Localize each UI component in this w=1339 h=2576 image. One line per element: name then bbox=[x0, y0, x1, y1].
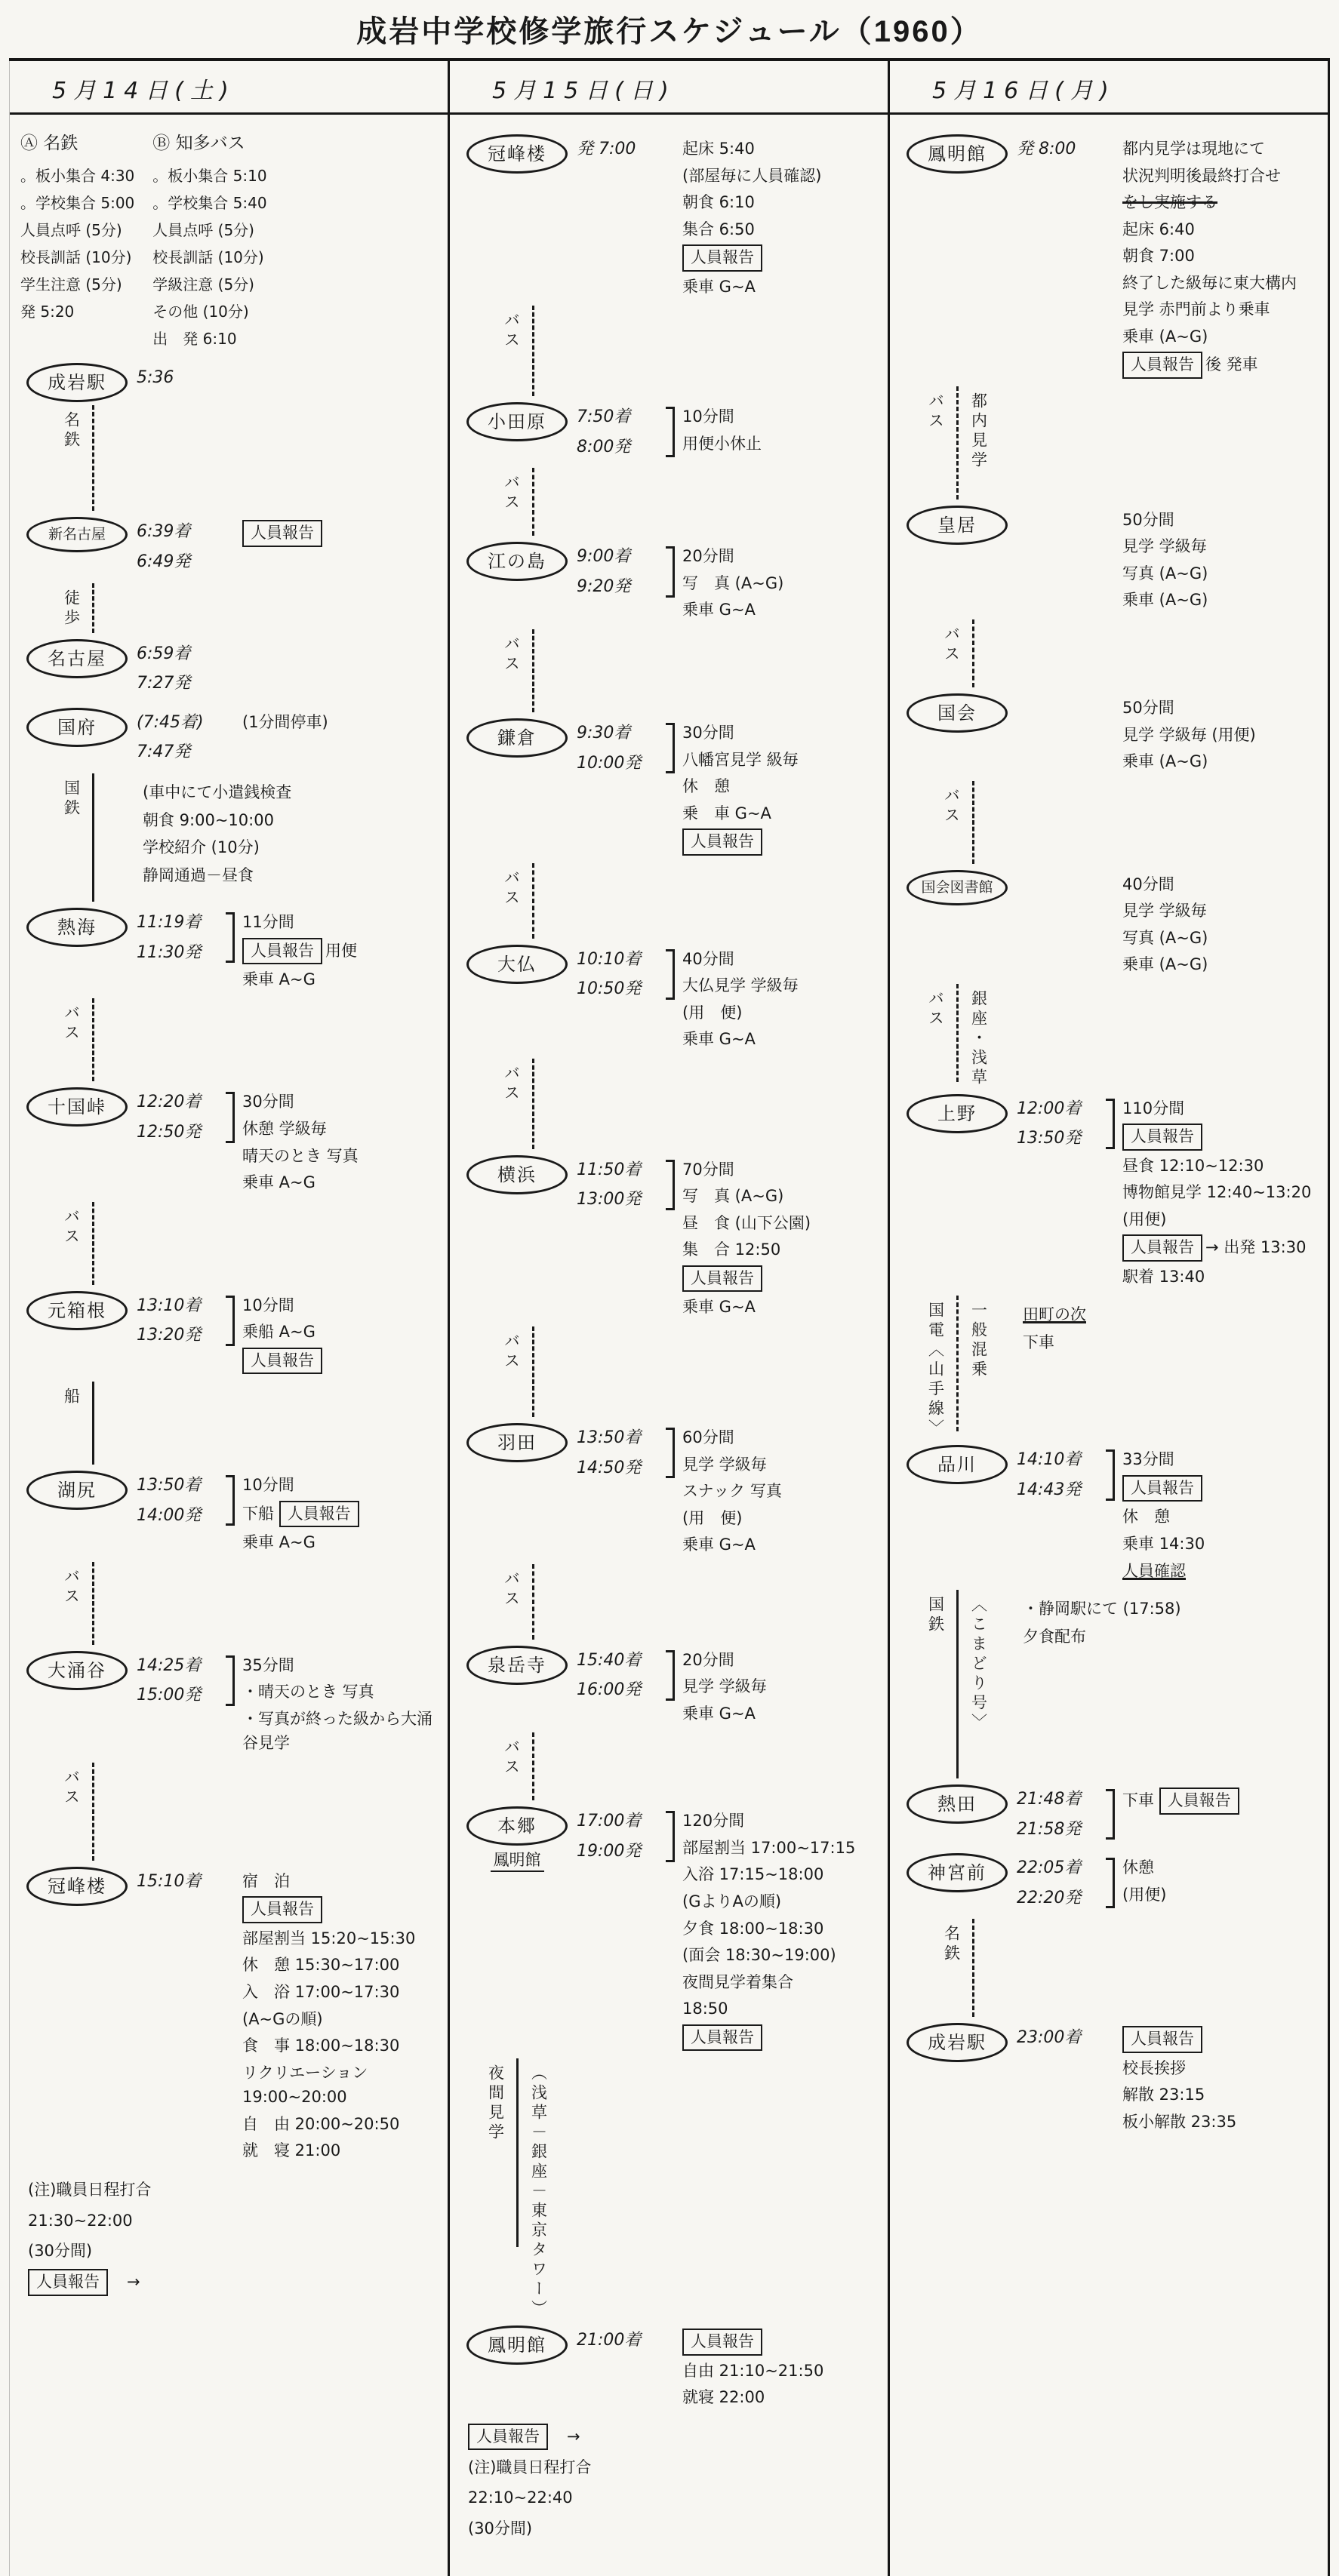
transport-label: バス bbox=[500, 863, 523, 939]
note-segment: 学校紹介 (10分) bbox=[143, 838, 260, 856]
note-line: 18:50 bbox=[682, 1997, 882, 2021]
station-row: 熱田21:48着21:58発下車 人員報告 bbox=[897, 1781, 1323, 1847]
note-line: 40分間 bbox=[1122, 872, 1322, 897]
transport-line bbox=[972, 1919, 974, 2017]
transport-notes bbox=[1017, 1919, 1323, 1923]
time-value: 8:00発 bbox=[577, 432, 664, 463]
transport-notes bbox=[1017, 781, 1323, 785]
note-line: (A~Gの順) bbox=[242, 2007, 442, 2032]
note-segment: 自 由 20:00~20:50 bbox=[242, 2115, 399, 2133]
note-line: 下船 人員報告 bbox=[242, 1500, 442, 1528]
note-segment: 就寝 22:00 bbox=[682, 2388, 765, 2406]
note-segment: 60分間 bbox=[682, 1428, 734, 1446]
transport-rail: バス bbox=[457, 1732, 577, 1800]
personnel-report-box: 人員報告 bbox=[468, 2424, 548, 2450]
note-segment: 人員確認 bbox=[1122, 1562, 1186, 1580]
notes-cell: 60分間見学 学級毎スナック 写真(用 便)乗車 G~A bbox=[676, 1420, 883, 1561]
note-line: 人員報告 bbox=[682, 2328, 882, 2356]
time-value: 13:50着 bbox=[577, 1423, 664, 1453]
note-line: 学校紹介 (10分) bbox=[143, 835, 443, 861]
transport-rail: バス bbox=[17, 998, 137, 1081]
note-segment: 博物館見学 12:40~13:20 bbox=[1122, 1183, 1311, 1201]
transport-notes bbox=[577, 1732, 883, 1737]
transport-segment: バス bbox=[897, 619, 1323, 687]
transport-segment: バス bbox=[17, 1763, 443, 1861]
note-line: 20分間 bbox=[682, 544, 882, 569]
station-ellipse: 名古屋 bbox=[26, 639, 128, 678]
note-segment: 休 憩 15:30~17:00 bbox=[242, 1956, 399, 1974]
station-row: 熱海11:19着11:30発11分間人員報告用便乗車 A~G bbox=[17, 905, 443, 996]
transport-line bbox=[956, 1296, 959, 1431]
note-line: 乗車 A~G bbox=[242, 967, 442, 992]
times-cell bbox=[1017, 867, 1116, 873]
note-line: 用便小休止 bbox=[682, 432, 882, 456]
note-line: 人員報告 bbox=[682, 1265, 882, 1293]
note-line: (用便) bbox=[1122, 1207, 1322, 1232]
time-value: 19:00発 bbox=[577, 1837, 664, 1867]
note-segment: 八幡宮見学 級毎 bbox=[682, 751, 799, 769]
station-cell: 江の島 bbox=[457, 539, 577, 581]
station-row: 名古屋6:59着7:27発 bbox=[17, 636, 443, 702]
transport-line bbox=[532, 306, 534, 396]
note-segment: 40分間 bbox=[1122, 875, 1174, 893]
note-segment: 田町の次 bbox=[1023, 1305, 1086, 1323]
note-line: (30分間) bbox=[28, 2237, 443, 2266]
transport-line bbox=[92, 583, 94, 633]
station-row: 冠峰楼発 7:00起床 5:40(部屋毎に人員確認)朝食 6:10集合 6:50… bbox=[457, 131, 883, 303]
transport-line bbox=[92, 405, 94, 511]
note-line: 写 真 (A~G) bbox=[682, 1184, 882, 1209]
note-line: 人員報告 bbox=[1122, 1474, 1322, 1502]
transport-notes bbox=[577, 2058, 883, 2063]
transport-segment: バス bbox=[457, 1326, 883, 1417]
note-segment: 見学 学級毎 bbox=[1122, 902, 1207, 920]
note-segment: 乗車 (A~G) bbox=[1122, 955, 1208, 973]
note-line: 晴天のとき 写真 bbox=[242, 1144, 442, 1169]
note-line: 下車 bbox=[1023, 1330, 1323, 1356]
note-segment: 集 合 12:50 bbox=[682, 1240, 780, 1259]
note-line: 50分間 bbox=[1122, 696, 1322, 721]
notes-cell: 50分間見学 学級毎 (用便)乗車 (A~G) bbox=[1116, 690, 1323, 778]
station-cell: 本郷鳳明館 bbox=[457, 1803, 577, 1872]
time-value: 6:59着 bbox=[137, 639, 224, 669]
transport-segment: バス bbox=[457, 468, 883, 536]
note-segment: 夜間見学着集合 bbox=[682, 1973, 793, 1991]
time-value: 21:00着 bbox=[577, 2325, 664, 2356]
station-ellipse: 元箱根 bbox=[26, 1291, 128, 1330]
note-line: 人員報告 bbox=[682, 2024, 882, 2052]
time-value: 14:00発 bbox=[137, 1501, 224, 1531]
note-line: 40分間 bbox=[682, 947, 882, 972]
transport-line bbox=[956, 984, 959, 1082]
times-cell: 22:05着22:20発 bbox=[1017, 1850, 1116, 1916]
station-ellipse: 羽田 bbox=[466, 1423, 568, 1462]
note-segment: 50分間 bbox=[1122, 511, 1174, 529]
transport-rail: 国鉄〈こまどり号〉 bbox=[897, 1590, 1017, 1778]
time-value: 11:50着 bbox=[577, 1155, 664, 1185]
times-cell: 14:10着14:43発 bbox=[1017, 1442, 1116, 1508]
times-cell: 11:50着13:00発 bbox=[577, 1152, 676, 1218]
time-value: 10:50発 bbox=[577, 974, 664, 1004]
station-ellipse: 十国峠 bbox=[26, 1087, 128, 1127]
transport-label: バス bbox=[925, 984, 947, 1088]
transport-notes bbox=[577, 629, 883, 634]
note-line: 60分間 bbox=[682, 1425, 882, 1450]
transport-label: バス bbox=[60, 1202, 83, 1285]
transport-label: バス bbox=[60, 1763, 83, 1861]
note-segment: 20分間 bbox=[682, 1651, 734, 1669]
station-row: 鎌倉9:30着10:00発30分間八幡宮見学 級毎休 憩乗 車 G~A人員報告 bbox=[457, 715, 883, 860]
transport-line bbox=[532, 1564, 534, 1640]
transport-label: 国鉄 bbox=[925, 1590, 947, 1778]
note-line: 見学 学級毎 bbox=[682, 1674, 882, 1699]
note-segment: 30分間 bbox=[242, 1093, 294, 1111]
note-segment: → 出発 13:30 bbox=[1205, 1238, 1306, 1256]
transport-line bbox=[92, 1202, 94, 1285]
personnel-report-box: 人員報告 bbox=[242, 938, 322, 964]
note-line: 宿 泊 bbox=[242, 1869, 442, 1894]
station-cell: 冠峰楼 bbox=[17, 1864, 137, 1906]
transport-rail: バス bbox=[457, 306, 577, 396]
note-line: 乗車 (A~G) bbox=[1122, 324, 1322, 349]
station-ellipse: 鎌倉 bbox=[466, 718, 568, 758]
note-segment: 21:30~22:00 bbox=[28, 2212, 133, 2230]
note-line: (面会 18:30~19:00) bbox=[682, 1943, 882, 1968]
note-segment: (用 便) bbox=[682, 1004, 742, 1022]
note-line: 人員報告 bbox=[242, 1895, 442, 1923]
station-cell: 冠峰楼 bbox=[457, 131, 577, 174]
note-segment: 50分間 bbox=[1122, 699, 1174, 717]
station-row: 羽田13:50着14:50発60分間見学 学級毎スナック 写真(用 便)乗車 G… bbox=[457, 1420, 883, 1561]
note-segment: 乗車 G~A bbox=[682, 278, 756, 296]
time-value: 12:00着 bbox=[1017, 1094, 1104, 1124]
transport-segment: バス bbox=[457, 306, 883, 396]
page-title: 成岩中学校修学旅行スケジュール（1960） bbox=[0, 0, 1339, 55]
transport-line bbox=[92, 1763, 94, 1861]
station-ellipse: 鳳明館 bbox=[466, 2325, 568, 2365]
note-segment: (面会 18:30~19:00) bbox=[682, 1946, 836, 1964]
note-line: (用 便) bbox=[682, 1001, 882, 1025]
note-line: ・写真が終った級から大涌谷見学 bbox=[242, 1707, 442, 1756]
note-line: (1分間停車) bbox=[242, 710, 442, 735]
note-segment: 朝食 9:00~10:00 bbox=[143, 811, 274, 829]
transport-label: 名鉄 bbox=[940, 1919, 963, 2017]
time-value: 21:58発 bbox=[1017, 1815, 1104, 1845]
time-value: 10:00発 bbox=[577, 749, 664, 779]
transport-line bbox=[532, 1059, 534, 1149]
transport-rail: バス bbox=[457, 629, 577, 712]
note-segment: 乗車 14:30 bbox=[1122, 1535, 1205, 1553]
transport-segment: バス bbox=[17, 1202, 443, 1285]
note-segment: 見学 学級毎 bbox=[682, 1677, 767, 1695]
note-segment: 朝食 6:10 bbox=[682, 193, 755, 211]
time-value: 15:10着 bbox=[137, 1867, 224, 1897]
times-cell: 6:59着7:27発 bbox=[137, 636, 236, 702]
transport-line bbox=[972, 781, 974, 864]
station-row: 国会50分間見学 学級毎 (用便)乗車 (A~G) bbox=[897, 690, 1323, 778]
transport-line bbox=[956, 1590, 959, 1778]
note-segment: 後 発車 bbox=[1205, 355, 1258, 373]
note-segment: 33分間 bbox=[1122, 1450, 1174, 1468]
day-column: 5月15日(日)冠峰楼発 7:00起床 5:40(部屋毎に人員確認)朝食 6:1… bbox=[450, 61, 890, 2576]
note-line: 人員報告 bbox=[682, 828, 882, 856]
station-ellipse: 神宮前 bbox=[907, 1853, 1008, 1892]
time-value: 17:00着 bbox=[577, 1806, 664, 1837]
note-segment: (部屋毎に人員確認) bbox=[682, 167, 821, 185]
note-segment: 乗 車 G~A bbox=[682, 804, 771, 822]
note-line: (注)職員日程打合 bbox=[28, 2176, 443, 2205]
times-cell: (7:45着)7:47発 bbox=[137, 705, 236, 770]
transport-segment: バス bbox=[457, 1564, 883, 1640]
station-cell: 熱海 bbox=[17, 905, 137, 947]
times-cell: 発 8:00 bbox=[1017, 131, 1116, 168]
note-segment: 35分間 bbox=[242, 1656, 294, 1674]
transport-sub-label: 一般混乗 bbox=[968, 1296, 990, 1439]
note-segment: 昼食 12:10~12:30 bbox=[1122, 1157, 1264, 1175]
times-cell: 13:50着14:50発 bbox=[577, 1420, 676, 1486]
departure-plan-line: 。学校集合 5:40 bbox=[152, 189, 266, 217]
note-segment: 起床 5:40 bbox=[682, 140, 755, 158]
station-ellipse: 冠峰楼 bbox=[466, 134, 568, 174]
transport-notes bbox=[137, 583, 443, 588]
transport-rail: バス bbox=[17, 1562, 137, 1645]
transport-rail: 船 bbox=[17, 1382, 137, 1465]
transport-label: バス bbox=[925, 386, 947, 500]
note-line: 集 合 12:50 bbox=[682, 1237, 882, 1262]
transport-notes bbox=[577, 863, 883, 868]
transport-notes bbox=[137, 1382, 443, 1386]
notes-cell: 20分間写 真 (A~G)乗車 G~A bbox=[676, 539, 883, 626]
times-cell: 13:10着13:20発 bbox=[137, 1288, 236, 1354]
times-cell: 9:30着10:00発 bbox=[577, 715, 676, 781]
note-line: 乗車 G~A bbox=[682, 275, 882, 300]
departure-plan-line: 校長訓話 (10分) bbox=[152, 244, 266, 271]
note-segment: 駅着 13:40 bbox=[1122, 1268, 1205, 1286]
note-line: 見学 赤門前より乗車 bbox=[1122, 297, 1322, 322]
transport-line bbox=[92, 773, 94, 902]
transport-label: 夜間見学 bbox=[485, 2058, 507, 2319]
notes-cell: 宿 泊人員報告部屋割当 15:20~15:30休 憩 15:30~17:00入 … bbox=[236, 1864, 443, 2167]
note-segment: → bbox=[551, 2427, 580, 2445]
transport-segment: バス bbox=[17, 998, 443, 1081]
day-body: 冠峰楼発 7:00起床 5:40(部屋毎に人員確認)朝食 6:10集合 6:50… bbox=[450, 115, 888, 2544]
station-ellipse: 冠峰楼 bbox=[26, 1867, 128, 1906]
transport-sub-label: 銀座・浅草 bbox=[968, 984, 990, 1088]
transport-line bbox=[532, 1326, 534, 1417]
transport-line bbox=[92, 1382, 94, 1465]
note-segment: をし実施する bbox=[1122, 193, 1217, 211]
transport-rail: バス銀座・浅草 bbox=[897, 984, 1017, 1088]
notes-cell: 10分間用便小休止 bbox=[676, 399, 883, 460]
station-ellipse: 江の島 bbox=[466, 542, 568, 581]
note-line: 大仏見学 学級毎 bbox=[682, 973, 882, 998]
transport-label: 徒歩 bbox=[60, 583, 83, 633]
note-line: 休 憩 15:30~17:00 bbox=[242, 1953, 442, 1978]
transport-notes bbox=[577, 306, 883, 310]
note-line: 21:30~22:00 bbox=[28, 2207, 443, 2236]
note-segment: (車中にて小遣銭検査 bbox=[143, 783, 291, 801]
station-ellipse: 湖尻 bbox=[26, 1471, 128, 1510]
station-row: 国府(7:45着)7:47発(1分間停車) bbox=[17, 705, 443, 770]
transport-line bbox=[956, 386, 959, 500]
notes-cell: 40分間見学 学級毎写真 (A~G)乗車 (A~G) bbox=[1116, 867, 1323, 981]
note-line: 写 真 (A~G) bbox=[682, 571, 882, 596]
times-cell: 9:00着9:20発 bbox=[577, 539, 676, 604]
personnel-report-box: 人員報告 bbox=[682, 828, 762, 855]
transport-segment: 国電〈山手線〉一般混乗田町の次下車 bbox=[897, 1296, 1323, 1439]
departure-plan-right: Ⓑ 知多バス。板小集合 5:10。学校集合 5:40人員点呼 (5分)校長訓話 … bbox=[152, 128, 266, 352]
station-cell: 上野 bbox=[897, 1091, 1017, 1133]
station-cell: 十国峠 bbox=[17, 1084, 137, 1127]
transport-label: 国電〈山手線〉 bbox=[925, 1296, 947, 1439]
note-line: (用 便) bbox=[682, 1506, 882, 1531]
transport-segment: バス都内見学 bbox=[897, 386, 1323, 500]
note-line: 起床 5:40 bbox=[682, 137, 882, 161]
personnel-report-box: 人員報告 bbox=[682, 244, 762, 271]
transport-rail: バス bbox=[17, 1202, 137, 1285]
note-line: 乗車 G~A bbox=[682, 1532, 882, 1557]
note-segment: 校長挨拶 bbox=[1122, 2059, 1186, 2077]
note-line: 22:10~22:40 bbox=[468, 2484, 883, 2513]
note-segment: ・写真が終った級から大涌谷見学 bbox=[242, 1710, 432, 1753]
note-segment: 入浴 17:15~18:00 bbox=[682, 1865, 823, 1883]
note-segment: (注)職員日程打合 bbox=[468, 2458, 591, 2476]
note-segment: 部屋割当 15:20~15:30 bbox=[242, 1929, 415, 1947]
station-cell: 皇居 bbox=[897, 503, 1017, 545]
note-line: 集合 6:50 bbox=[682, 217, 882, 242]
note-line: 乗車 G~A bbox=[682, 1295, 882, 1320]
transport-rail: バス bbox=[17, 1763, 137, 1861]
time-value: 21:48着 bbox=[1017, 1784, 1104, 1815]
time-value: 15:00発 bbox=[137, 1680, 224, 1711]
note-line: 部屋割当 17:00~17:15 bbox=[682, 1836, 882, 1861]
time-value: 6:49発 bbox=[137, 547, 224, 577]
transport-label: バス bbox=[500, 1326, 523, 1417]
time-value: 11:30発 bbox=[137, 938, 224, 968]
note-line: 状況判明後最終打合せ bbox=[1122, 164, 1322, 189]
note-segment: 集合 6:50 bbox=[682, 220, 755, 238]
station-sub-label: 鳳明館 bbox=[491, 1848, 544, 1872]
note-line: リクリエーション 19:00~20:00 bbox=[242, 2061, 442, 2110]
station-ellipse: 鳳明館 bbox=[907, 134, 1008, 174]
transport-label: バス bbox=[60, 1562, 83, 1645]
note-segment: (A~Gの順) bbox=[242, 2010, 323, 2028]
note-line: 11分間 bbox=[242, 910, 442, 935]
personnel-report-box: 人員報告 bbox=[1122, 1234, 1202, 1261]
note-segment: 食 事 18:00~18:30 bbox=[242, 2037, 399, 2055]
day-column: 5月14日(土)Ⓐ 名鉄。板小集合 4:30。学校集合 5:00人員点呼 (5分… bbox=[9, 61, 450, 2576]
personnel-report-box: 人員報告 bbox=[1122, 352, 1202, 378]
note-line: 田町の次 bbox=[1023, 1302, 1323, 1328]
personnel-report-box: 人員報告 bbox=[242, 520, 322, 546]
station-ellipse: 本郷 bbox=[466, 1806, 568, 1846]
note-segment: 乗車 A~G bbox=[242, 1173, 316, 1191]
note-segment: 乗車 G~A bbox=[682, 1705, 756, 1723]
departure-plan-line: 。板小集合 5:10 bbox=[152, 162, 266, 189]
note-line: (GよりAの順) bbox=[682, 1889, 882, 1914]
times-cell: 12:20着12:50発 bbox=[137, 1084, 236, 1150]
station-row: 江の島9:00着9:20発20分間写 真 (A~G)乗車 G~A bbox=[457, 539, 883, 626]
transport-line bbox=[972, 619, 974, 687]
note-line: 就 寝 21:00 bbox=[242, 2138, 442, 2163]
note-segment: 写真 (A~G) bbox=[1122, 564, 1208, 583]
transport-notes bbox=[137, 405, 443, 410]
note-line: 10分間 bbox=[242, 1473, 442, 1498]
station-ellipse: 新名古屋 bbox=[26, 517, 128, 552]
note-segment: 見学 学級毎 bbox=[1122, 537, 1207, 555]
note-line: 見学 学級毎 bbox=[1122, 899, 1322, 924]
note-segment: 30分間 bbox=[682, 724, 734, 742]
note-segment: 大仏見学 学級毎 bbox=[682, 976, 799, 994]
transport-segment: 名鉄 bbox=[897, 1919, 1323, 2017]
note-line: 人員報告 → bbox=[468, 2423, 883, 2452]
note-segment: 20分間 bbox=[682, 547, 734, 565]
time-value: 14:43発 bbox=[1017, 1475, 1104, 1505]
transport-rail: 夜間見学（浅草－銀座－東京タワー） bbox=[457, 2058, 577, 2319]
transport-rail: バス bbox=[457, 1564, 577, 1640]
transport-notes bbox=[137, 1202, 443, 1207]
note-line: 乗船 A~G bbox=[242, 1320, 442, 1345]
note-line: (用便) bbox=[1122, 1883, 1322, 1907]
note-segment: 休 憩 bbox=[682, 777, 730, 795]
transport-rail: バス bbox=[897, 781, 1017, 864]
transport-notes bbox=[577, 1059, 883, 1063]
day-body: Ⓐ 名鉄。板小集合 4:30。学校集合 5:00人員点呼 (5分)校長訓話 (1… bbox=[10, 115, 448, 2297]
note-block: (注)職員日程打合21:30~22:00(30分間)人員報告 → bbox=[28, 2176, 443, 2297]
note-segment: 休憩 bbox=[1122, 1858, 1154, 1877]
note-segment: 入 浴 17:00~17:30 bbox=[242, 1983, 399, 2001]
note-segment: 110分間 bbox=[1122, 1099, 1184, 1117]
note-segment: 板小解散 23:35 bbox=[1122, 2113, 1236, 2131]
transport-sub-label: 〈こまどり号〉 bbox=[968, 1590, 990, 1778]
note-line: 人員報告 bbox=[242, 519, 442, 547]
station-cell: 新名古屋 bbox=[17, 514, 137, 552]
notes-cell: 110分間人員報告昼食 12:10~12:30博物館見学 12:40~13:20… bbox=[1116, 1091, 1323, 1293]
transport-notes bbox=[137, 998, 443, 1003]
transport-rail: バス bbox=[457, 1059, 577, 1149]
note-line: 見学 学級毎 (用便) bbox=[1122, 723, 1322, 748]
transport-label: バス bbox=[940, 619, 963, 687]
station-ellipse: 国会図書館 bbox=[907, 870, 1008, 905]
transport-label: 船 bbox=[60, 1382, 83, 1465]
station-row: 皇居50分間見学 学級毎写真 (A~G)乗車 (A~G) bbox=[897, 503, 1323, 616]
note-line: 休 憩 bbox=[682, 774, 882, 799]
station-row: 国会図書館40分間見学 学級毎写真 (A~G)乗車 (A~G) bbox=[897, 867, 1323, 981]
note-segment: 部屋割当 17:00~17:15 bbox=[682, 1839, 855, 1857]
note-segment: 10分間 bbox=[242, 1476, 294, 1494]
note-segment: 見学 赤門前より乗車 bbox=[1122, 300, 1270, 318]
times-cell: 17:00着19:00発 bbox=[577, 1803, 676, 1869]
day-body: 鳳明館発 8:00都内見学は現地にて状況判明後最終打合せをし実施する起床 6:4… bbox=[890, 115, 1328, 2138]
personnel-report-box: 人員報告 bbox=[682, 2024, 762, 2051]
transport-line bbox=[92, 998, 94, 1081]
transport-label: バス bbox=[500, 1564, 523, 1640]
day-header: 5月15日(日) bbox=[450, 61, 888, 115]
time-value: 22:20発 bbox=[1017, 1883, 1104, 1914]
note-line: 35分間 bbox=[242, 1653, 442, 1678]
transport-rail: 徒歩 bbox=[17, 583, 137, 633]
note-line: 見学 学級毎 bbox=[682, 1452, 882, 1477]
note-line: 30分間 bbox=[682, 721, 882, 745]
transport-rail: バス bbox=[897, 619, 1017, 687]
station-row: 湖尻13:50着14:00発10分間下船 人員報告乗車 A~G bbox=[17, 1468, 443, 1559]
departure-plan-line: 校長訓話 (10分) bbox=[20, 244, 134, 271]
personnel-report-box: 人員報告 bbox=[1122, 1475, 1202, 1502]
departure-plan-left: Ⓐ 名鉄。板小集合 4:30。学校集合 5:00人員点呼 (5分)校長訓話 (1… bbox=[20, 128, 134, 352]
note-segment: 乗車 (A~G) bbox=[1122, 327, 1208, 346]
note-line: 駅着 13:40 bbox=[1122, 1265, 1322, 1290]
note-segment: 乗車 G~A bbox=[682, 1030, 756, 1048]
